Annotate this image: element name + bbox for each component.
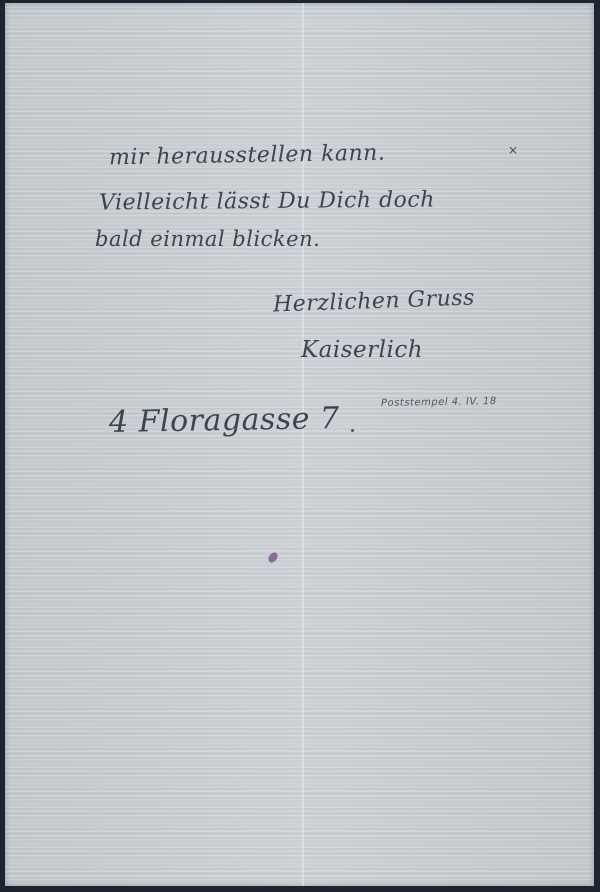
ink-stain — [267, 551, 280, 565]
letter-body-line-1: mir herausstellen kann. — [109, 141, 386, 171]
letter-body-line-3: bald einmal blicken. — [95, 227, 320, 251]
line-end-mark: × — [508, 143, 518, 157]
sender-address: 4 Floragasse 7 — [109, 401, 340, 440]
letter-page: mir herausstellen kann. × Vielleicht läs… — [5, 3, 594, 886]
archival-annotation: Poststempel 4. IV. 18 — [381, 396, 497, 409]
letter-body-line-2: Vielleicht lässt Du Dich doch — [99, 188, 435, 216]
letter-signature: Kaiserlich — [301, 337, 423, 363]
fold-crease — [302, 3, 304, 886]
period-dot — [351, 429, 354, 432]
